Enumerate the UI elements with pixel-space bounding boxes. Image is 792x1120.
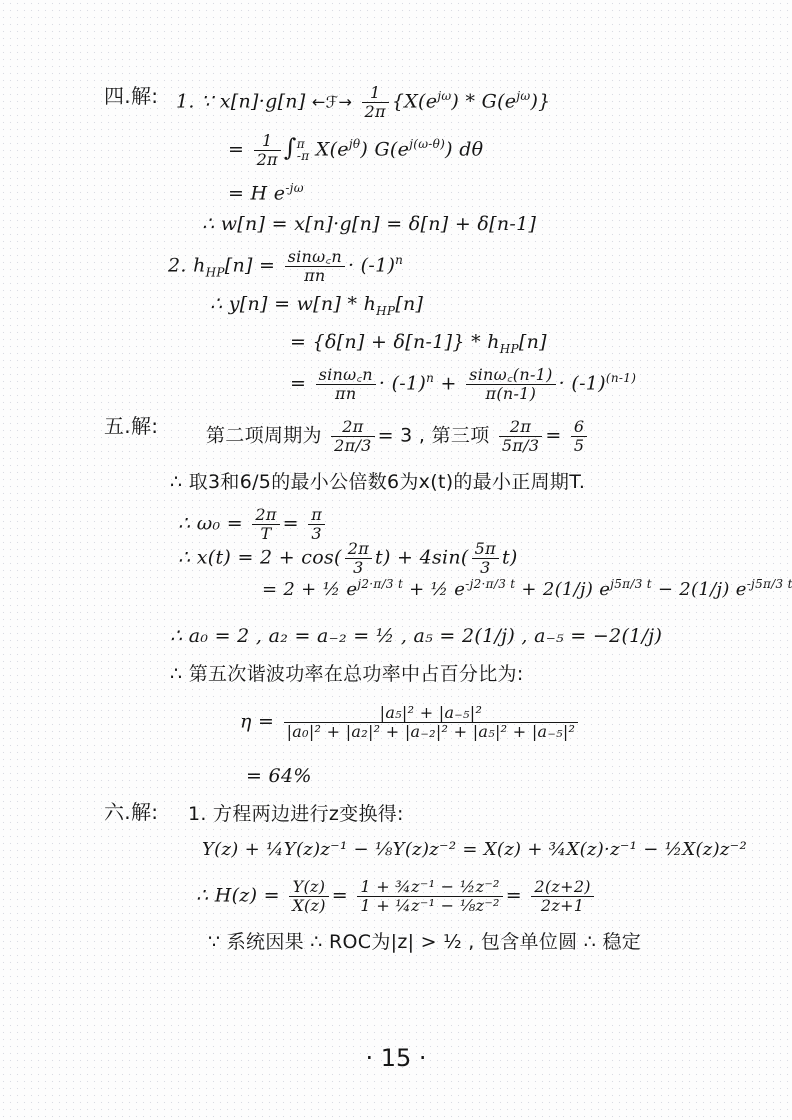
q6-line-2: Y(z) + ¼Y(z)z⁻¹ − ⅛Y(z)z⁻² = X(z) + ¾X(z…	[202, 838, 747, 862]
q4-l8-fraction-2: sinω꜀(n-1)π(n-1)	[466, 366, 556, 403]
q4-l8-fraction-1: sinω꜀nπn	[316, 366, 376, 403]
q5-line-7: ∴ 第五次谐波功率在总功率中占百分比为:	[170, 662, 524, 686]
problem-4-label: 四.解:	[104, 84, 158, 108]
q5-line-3: ∴ ω₀ = 2πT= π3	[178, 506, 328, 543]
q6-line-4: ∵ 系统因果 ∴ ROC为|z| > ½ , 包含单位圆 ∴ 稳定	[208, 930, 641, 954]
q5-line-1: 第二项周期为 2π2π/3= 3 , 第三项 2π5π/3= 65	[206, 418, 590, 455]
integral-sign: ∫	[284, 134, 297, 162]
fourier-pair-arrow-icon: ←ℱ→	[312, 93, 352, 112]
q5-line-2: ∴ 取3和6/5的最小公倍数6为x(t)的最小正周期T.	[170, 470, 585, 494]
q5-l1-fraction-2: 2π5π/3	[499, 418, 542, 455]
q4-line-5: 2. hHP[n] = sinω꜀nπn· (-1)n	[168, 248, 403, 285]
q4-l1-fraction: 12π	[362, 84, 389, 121]
q5-eta-fraction: |a₅|² + |a₋₅|²|a₀|² + |a₂|² + |a₋₂|² + |…	[284, 704, 579, 741]
q6-l3-fraction-1: Y(z)X(z)	[289, 878, 329, 915]
q5-l3-fraction-2: π3	[308, 506, 325, 543]
q6-line-1: 1. 方程两边进行z变换得:	[188, 802, 404, 826]
q6-line-3: ∴ H(z) = Y(z)X(z)= 1 + ¾z⁻¹ − ½z⁻²1 + ¼z…	[196, 878, 597, 915]
q4-line-1: 1. ∵ x[n]·g[n] ←ℱ→ 12π{X(ejω) * G(ejω)}	[176, 84, 551, 121]
q4-line-8: = sinω꜀nπn· (-1)n + sinω꜀(n-1)π(n-1)· (-…	[290, 366, 636, 403]
problem-5-label: 五.解:	[104, 414, 158, 438]
q4-line-6: ∴ y[n] = w[n] * hHP[n]	[210, 292, 423, 323]
page-number: · 15 ·	[0, 1044, 792, 1072]
q6-l3-fraction-2: 1 + ¾z⁻¹ − ½z⁻²1 + ¼z⁻¹ − ⅛z⁻²	[357, 878, 502, 915]
q5-l3-fraction-1: 2πT	[252, 506, 279, 543]
q4-line-3: = H e-jω	[228, 176, 304, 205]
q5-l1-fraction-1: 2π2π/3	[331, 418, 374, 455]
q5-line-8: η = |a₅|² + |a₋₅|²|a₀|² + |a₂|² + |a₋₂|²…	[240, 704, 581, 741]
q5-line-6: ∴ a₀ = 2 , a₂ = a₋₂ = ½ , a₅ = 2(1/j) , …	[170, 624, 662, 648]
q4-line-2: = 12π∫π-π X(ejθ) G(ej(ω-θ)) dθ	[228, 132, 483, 169]
q4-line-7: = {δ[n] + δ[n-1]} * hHP[n]	[290, 330, 547, 361]
q5-line-5: = 2 + ½ ej2·π/3 t + ½ e-j2·π/3 t + 2(1/j…	[262, 572, 792, 602]
q5-l1-fraction-3: 65	[571, 418, 587, 455]
q4-l5-fraction: sinω꜀nπn	[285, 248, 345, 285]
q4-line-4: ∴ w[n] = x[n]·g[n] = δ[n] + δ[n-1]	[202, 212, 536, 236]
q4-l1-text: 1. ∵ x[n]·g[n]	[176, 91, 306, 113]
problem-6-label: 六.解:	[104, 800, 158, 824]
q4-l2-fraction: 12π	[254, 132, 281, 169]
q6-l3-fraction-3: 2(z+2)2z+1	[531, 878, 593, 915]
q5-line-9: = 64%	[246, 764, 312, 788]
